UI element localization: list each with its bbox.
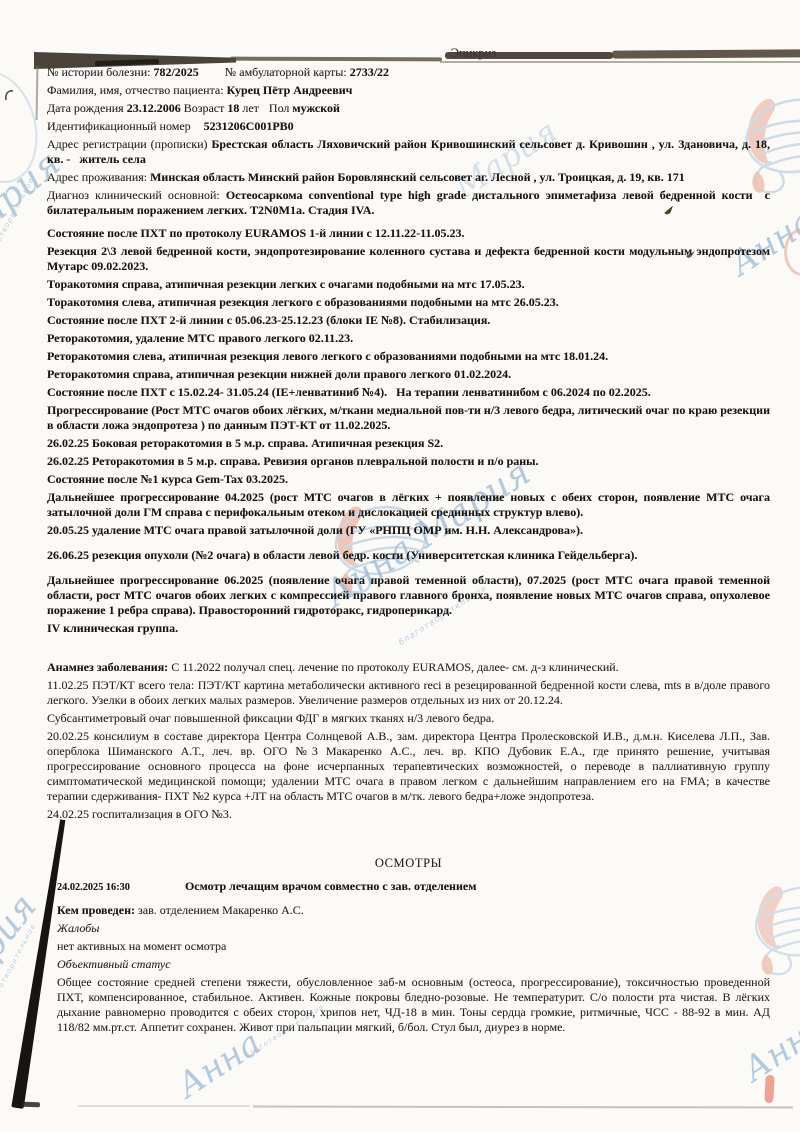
text-run: Дальнейшее прогрессирование 04.2025 (рос… xyxy=(47,490,770,519)
paragraph: IV клиническая группа. xyxy=(47,621,770,636)
text-run: Пол xyxy=(269,101,293,115)
paragraph: Дата рождения 23.12.2006 Возраст 18 летП… xyxy=(47,101,770,116)
text-run: Прогрессирование (Рост МТС очагов обоих … xyxy=(47,403,770,432)
paragraph: 24.02.2025 16:30Осмотр лечащим врачом со… xyxy=(57,879,770,895)
text-run: Анамнез заболевания: xyxy=(47,660,168,674)
text-run: 26.02.25 Реторакотомия в 5 м.р. справа. … xyxy=(47,454,539,468)
paragraph: Торакотомия справа, атипичная резекции л… xyxy=(47,277,770,292)
text-run: 23.12.2006 xyxy=(127,101,181,115)
coral-ink-mark xyxy=(764,1075,774,1103)
paragraph: 26.02.25 Боковая реторакотомия в 5 м.р. … xyxy=(47,436,770,451)
text-run: 26.06.25 резекция опухоли (№2 очага) в о… xyxy=(47,548,637,562)
text-run: Резекция 2\3 левой бедренной кости, эндо… xyxy=(47,244,770,273)
charity-smalltext-watermark-left-bottom: благотворительное xyxy=(0,922,38,1008)
text-run: 26.02.25 Боковая реторакотомия в 5 м.р. … xyxy=(47,436,443,450)
text-run: Адрес проживания: xyxy=(47,170,150,184)
paragraph: Торакотомия слева, атипичная резекция ле… xyxy=(47,295,770,310)
text-run: Идентификационный номер xyxy=(47,119,194,133)
text-run: Возраст xyxy=(181,101,228,115)
main-text: № истории болезни: 782/2025№ амбулаторно… xyxy=(47,65,770,822)
paragraph: Субсантиметровый очаг повышенной фиксаци… xyxy=(47,711,770,726)
text-run: лет xyxy=(239,101,259,115)
exam-text: 24.02.2025 16:30Осмотр лечащим врачом со… xyxy=(47,879,770,1035)
text-run: 11.02.25 ПЭТ/КТ всего тела: ПЭТ/КТ карти… xyxy=(47,678,770,707)
paragraph: Состояние после №1 курса Gem-Tax 03.2025… xyxy=(47,472,770,487)
paragraph: Диагноз клинический основной: Остеосарко… xyxy=(47,188,770,218)
text-run: 20.02.25 консилиум в составе директора Ц… xyxy=(47,729,770,803)
text-run: IV клиническая группа. xyxy=(47,621,178,635)
text-run: 5231206C001PB0 xyxy=(204,119,294,133)
charity-logo-watermark-left-arc xyxy=(0,62,49,192)
text-run: 24.02.2025 16:30 xyxy=(57,882,130,893)
paragraph: Реторакотомия, удаление МТС правого легк… xyxy=(47,331,770,346)
paragraph: 26.02.25 Реторакотомия в 5 м.р. справа. … xyxy=(47,454,770,469)
paragraph: Объективный статус xyxy=(57,957,770,972)
paragraph: Общее состояние средней степени тяжести,… xyxy=(57,975,770,1035)
paragraph: 26.06.25 резекция опухоли (№2 очага) в о… xyxy=(47,548,770,563)
paragraph: Состояние после ПХТ с 15.02.24- 31.05.24… xyxy=(47,385,770,400)
paragraph: Резекция 2\3 левой бедренной кости, эндо… xyxy=(47,244,770,274)
text-run: Торакотомия слева, атипичная резекция ле… xyxy=(47,295,559,309)
charity-script-watermark-left-bottom: Мария xyxy=(0,887,45,1013)
text-run: Дата рождения xyxy=(47,101,127,115)
paragraph: 24.02.25 госпитализация в ОГО №3. xyxy=(47,807,770,822)
text-run: 18 xyxy=(227,101,239,115)
charity-smalltext-watermark-left-top: благотворительное xyxy=(0,176,36,262)
text-run: Объективный статус xyxy=(57,957,171,971)
paragraph: Анамнез заболевания: С 11.2022 получал с… xyxy=(47,660,770,675)
page-bottom-edge-line-faint xyxy=(78,1105,250,1107)
paragraph: Дальнейшее прогрессирование 06.2025 (поя… xyxy=(47,573,770,618)
paragraph: Адрес регистрации (прописки) Брестская о… xyxy=(47,137,770,167)
paragraph: Дальнейшее прогрессирование 04.2025 (рос… xyxy=(47,490,770,520)
text-run: 20.05.25 удаление МТС очага правой затыл… xyxy=(47,523,583,537)
paragraph: Состояние после ПХТ 2-й линии с 05.06.23… xyxy=(47,313,770,328)
paragraph: Состояние после ПХТ по протоколу EURAMOS… xyxy=(47,226,770,241)
document-content: Эпикриз № истории болезни: 782/2025№ амб… xyxy=(47,46,770,1038)
paragraph: Кем проведен: зав. отделением Макаренко … xyxy=(57,903,770,918)
text-run: Минская область Минский район Боровлянск… xyxy=(150,170,685,184)
text-run: 782/2025 xyxy=(153,65,198,79)
text-run: Состояние после №1 курса Gem-Tax 03.2025… xyxy=(47,472,288,486)
paragraph: нет активных на момент осмотра xyxy=(57,939,770,954)
text-run: зав. отделением Макаренко А.С. xyxy=(135,903,304,917)
text-run: Дальнейшее прогрессирование 06.2025 (поя… xyxy=(47,573,770,617)
text-run: Кем проведен: xyxy=(57,903,135,917)
page-bottom-edge-line xyxy=(253,1106,793,1109)
text-run: Фамилия, имя, отчество пациента: xyxy=(47,83,227,97)
document-title: Эпикриз xyxy=(47,46,770,61)
text-run: Состояние после ПХТ с 15.02.24- 31.05.24… xyxy=(47,385,651,399)
text-run: Реторакотомия, удаление МТС правого легк… xyxy=(47,331,353,345)
text-run: 2733/22 xyxy=(350,65,389,79)
text-run: Адрес регистрации (прописки) xyxy=(47,137,211,151)
text-run: Состояние после ПХТ 2-й линии с 05.06.23… xyxy=(47,313,490,327)
text-run: Жалобы xyxy=(57,921,99,935)
text-run: Торакотомия справа, атипичная резекции л… xyxy=(47,277,525,291)
scan-left-band-foot xyxy=(22,1102,40,1108)
paragraph: Реторакотомия слева, атипичная резекция … xyxy=(47,349,770,364)
paragraph: 20.02.25 консилиум в составе директора Ц… xyxy=(47,729,770,804)
text-run: нет активных на момент осмотра xyxy=(57,939,226,953)
paragraph: № истории болезни: 782/2025№ амбулаторно… xyxy=(47,65,770,80)
text-run: Осмотр лечащим врачом совместно с зав. о… xyxy=(185,879,476,893)
paragraph: 11.02.25 ПЭТ/КТ всего тела: ПЭТ/КТ карти… xyxy=(47,678,770,708)
text-run: Состояние после ПХТ по протоколу EURAMOS… xyxy=(47,226,465,240)
ink-squiggle-mark xyxy=(4,88,16,102)
paragraph: Адрес проживания: Минская область Мински… xyxy=(47,170,770,185)
document-scan: Анна Мария благотворительное Анна Мария … xyxy=(0,0,800,1132)
paragraph: Жалобы xyxy=(57,921,770,936)
text-run: мужской xyxy=(292,101,340,115)
paragraph: Прогрессирование (Рост МТС очагов обоих … xyxy=(47,403,770,433)
text-run: № амбулаторной карты: xyxy=(225,65,350,79)
inspections-heading: ОСМОТРЫ xyxy=(47,856,770,871)
text-run: Субсантиметровый очаг повышенной фиксаци… xyxy=(47,711,494,725)
text-run: Общее состояние средней степени тяжести,… xyxy=(57,975,770,1034)
coral-arc-right-edge xyxy=(784,228,800,276)
paragraph: Реторакотомия справа, атипичная резекции… xyxy=(47,367,770,382)
text-run: № истории болезни: xyxy=(47,65,153,79)
paragraph: Идентификационный номер 5231206C001PB0 xyxy=(47,119,770,134)
text-run: Реторакотомия слева, атипичная резекция … xyxy=(47,349,608,363)
text-run: Диагноз клинический основной: xyxy=(47,188,226,202)
text-run: 24.02.25 госпитализация в ОГО №3. xyxy=(47,807,232,821)
text-run: Реторакотомия справа, атипичная резекции… xyxy=(47,367,511,381)
text-run: Курец Пётр Андреевич xyxy=(227,83,353,97)
paragraph: 20.05.25 удаление МТС очага правой затыл… xyxy=(47,523,770,538)
paragraph: Фамилия, имя, отчество пациента: Курец П… xyxy=(47,83,770,98)
page-left-edge-line xyxy=(36,66,39,120)
text-run: С 11.2022 получал спец. лечение по прото… xyxy=(168,660,619,674)
